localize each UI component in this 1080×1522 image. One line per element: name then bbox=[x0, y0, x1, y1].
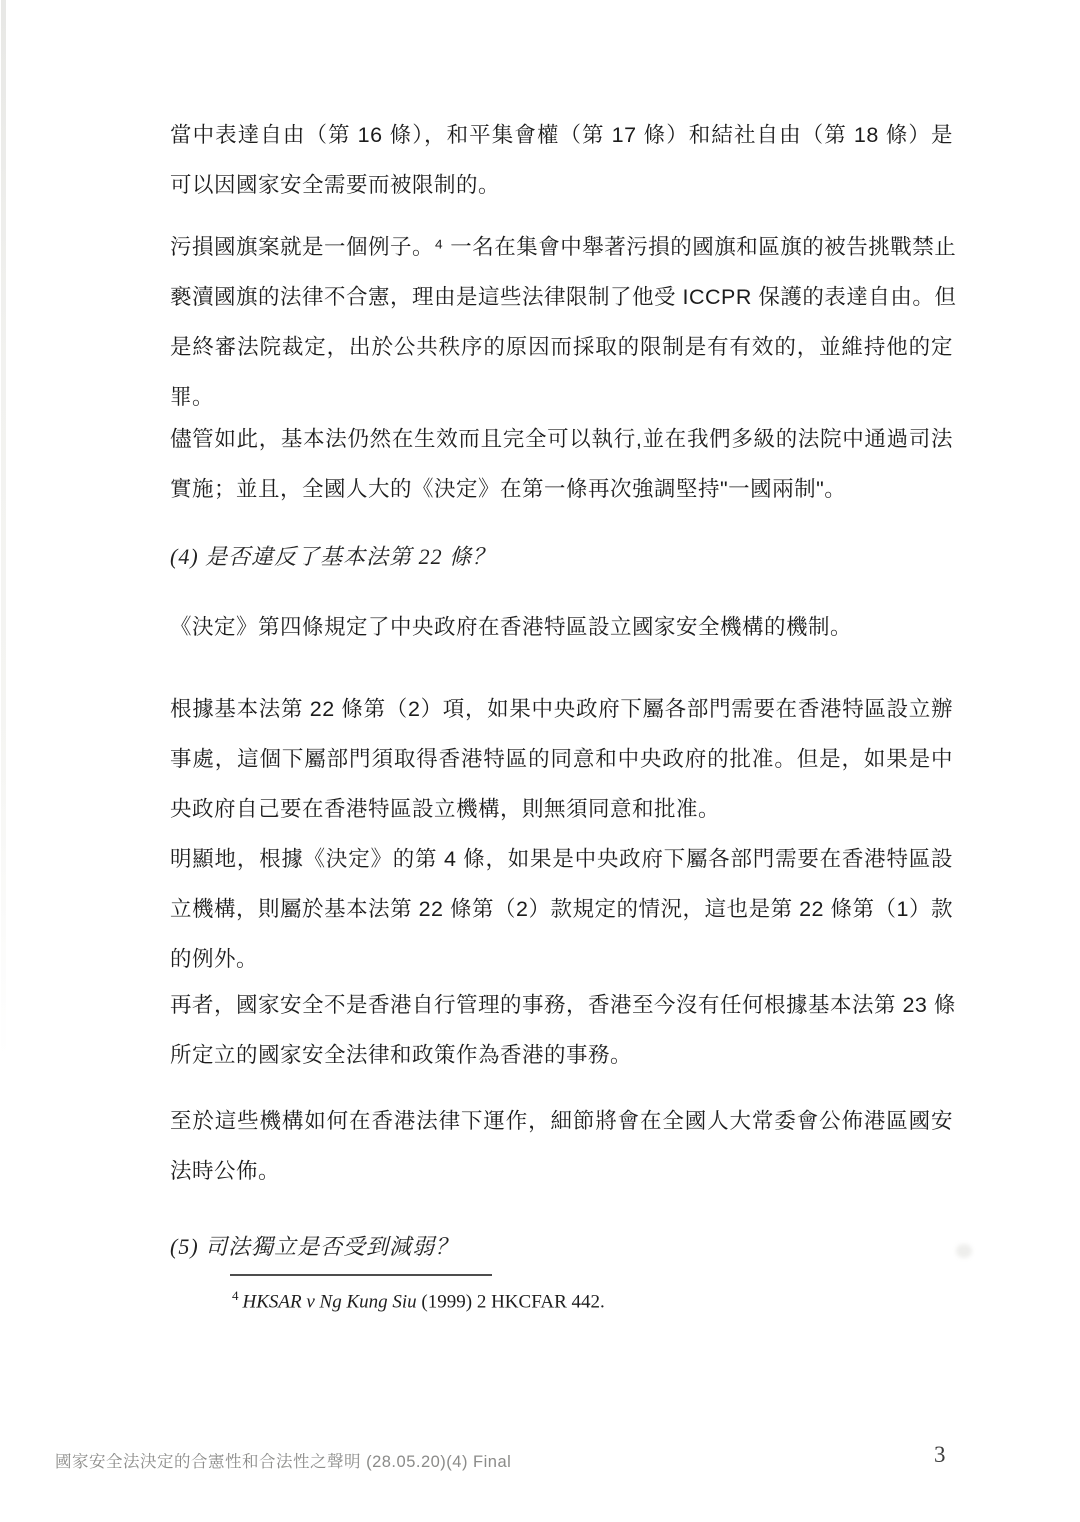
footnote-divider bbox=[230, 1274, 492, 1276]
footnote-case-name: HKSAR v Ng Kung Siu bbox=[243, 1291, 417, 1312]
text-line: 根據基本法第 22 條第（2）項，如果中央政府下屬各部門需要在香港特區設立辦 bbox=[170, 684, 953, 734]
text-line: 實施；並且，全國人大的《決定》在第一條再次強調堅持"一國兩制"。 bbox=[170, 464, 953, 514]
paragraph-intro: 當中表達自由（第 16 條），和平集會權（第 17 條）和結社自由（第 18 條… bbox=[170, 110, 953, 210]
paragraph-nonetheless: 儘管如此，基本法仍然在生效而且完全可以執行,並在我們多級的法院中通過司法 實施；… bbox=[170, 414, 953, 514]
text-line: 的例外。 bbox=[170, 934, 953, 984]
paragraph-q4-3: 明顯地，根據《決定》的第 4 條，如果是中央政府下屬各部門需要在香港特區設 立機… bbox=[170, 834, 953, 984]
paragraph-q4-4: 再者，國家安全不是香港自行管理的事務，香港至今沒有任何根據基本法第 23 條 所… bbox=[170, 980, 953, 1080]
scan-smudge-artifact bbox=[956, 1244, 972, 1258]
text-line: 污損國旗案就是一個例子。⁴ 一名在集會中舉著污損的國旗和區旗的被告挑戰禁止 bbox=[170, 222, 953, 272]
footnote-marker: 4 bbox=[232, 1288, 239, 1303]
paragraph-q4-2: 根據基本法第 22 條第（2）項，如果中央政府下屬各部門需要在香港特區設立辦 事… bbox=[170, 684, 953, 834]
text-line: 是終審法院裁定，出於公共秩序的原因而採取的限制是有有效的，並維持他的定 bbox=[170, 322, 953, 372]
text-line: 褻瀆國旗的法律不合憲，理由是這些法律限制了他受 ICCPR 保護的表達自由。但 bbox=[170, 272, 953, 322]
text-line: 至於這些機構如何在香港法律下運作，細節將會在全國人大常委會公佈港區國安 bbox=[170, 1096, 953, 1146]
text-line: 事處，這個下屬部門須取得香港特區的同意和中央政府的批准。但是，如果是中 bbox=[170, 734, 953, 784]
paragraph-q4-5: 至於這些機構如何在香港法律下運作，細節將會在全國人大常委會公佈港區國安 法時公佈… bbox=[170, 1096, 953, 1196]
paragraph-flag-case: 污損國旗案就是一個例子。⁴ 一名在集會中舉著污損的國旗和區旗的被告挑戰禁止 褻瀆… bbox=[170, 222, 953, 422]
footnote: 4HKSAR v Ng Kung Siu (1999) 2 HKCFAR 442… bbox=[232, 1288, 605, 1313]
footer-document-title: 國家安全法決定的合憲性和合法性之聲明 (28.05.20)(4) Final bbox=[55, 1448, 511, 1472]
text-line: 所定立的國家安全法律和政策作為香港的事務。 bbox=[170, 1030, 953, 1080]
text-line: 央政府自己要在香港特區設立機構，則無須同意和批准。 bbox=[170, 784, 953, 834]
section-heading-q4: (4) 是否違反了基本法第 22 條？ bbox=[170, 532, 495, 582]
text-line: 再者，國家安全不是香港自行管理的事務，香港至今沒有任何根據基本法第 23 條 bbox=[170, 980, 953, 1030]
footnote-citation: (1999) 2 HKCFAR 442. bbox=[417, 1291, 605, 1312]
text-line: 法時公佈。 bbox=[170, 1146, 953, 1196]
text-line: 當中表達自由（第 16 條），和平集會權（第 17 條）和結社自由（第 18 條… bbox=[170, 110, 953, 160]
text-line: 立機構，則屬於基本法第 22 條第（2）款規定的情況，這也是第 22 條第（1）… bbox=[170, 884, 953, 934]
section-heading-q5: (5) 司法獨立是否受到減弱？ bbox=[170, 1222, 458, 1272]
page-number: 3 bbox=[934, 1442, 946, 1468]
paragraph-q4-1: 《決定》第四條規定了中央政府在香港特區設立國家安全機構的機制。 bbox=[170, 602, 953, 652]
text-line: 明顯地，根據《決定》的第 4 條，如果是中央政府下屬各部門需要在香港特區設 bbox=[170, 834, 953, 884]
text-line: 《決定》第四條規定了中央政府在香港特區設立國家安全機構的機制。 bbox=[170, 602, 953, 652]
text-line: 可以因國家安全需要而被限制的。 bbox=[170, 160, 953, 210]
scan-edge-artifact bbox=[1, 0, 6, 1060]
text-line: 儘管如此，基本法仍然在生效而且完全可以執行,並在我們多級的法院中通過司法 bbox=[170, 414, 953, 464]
